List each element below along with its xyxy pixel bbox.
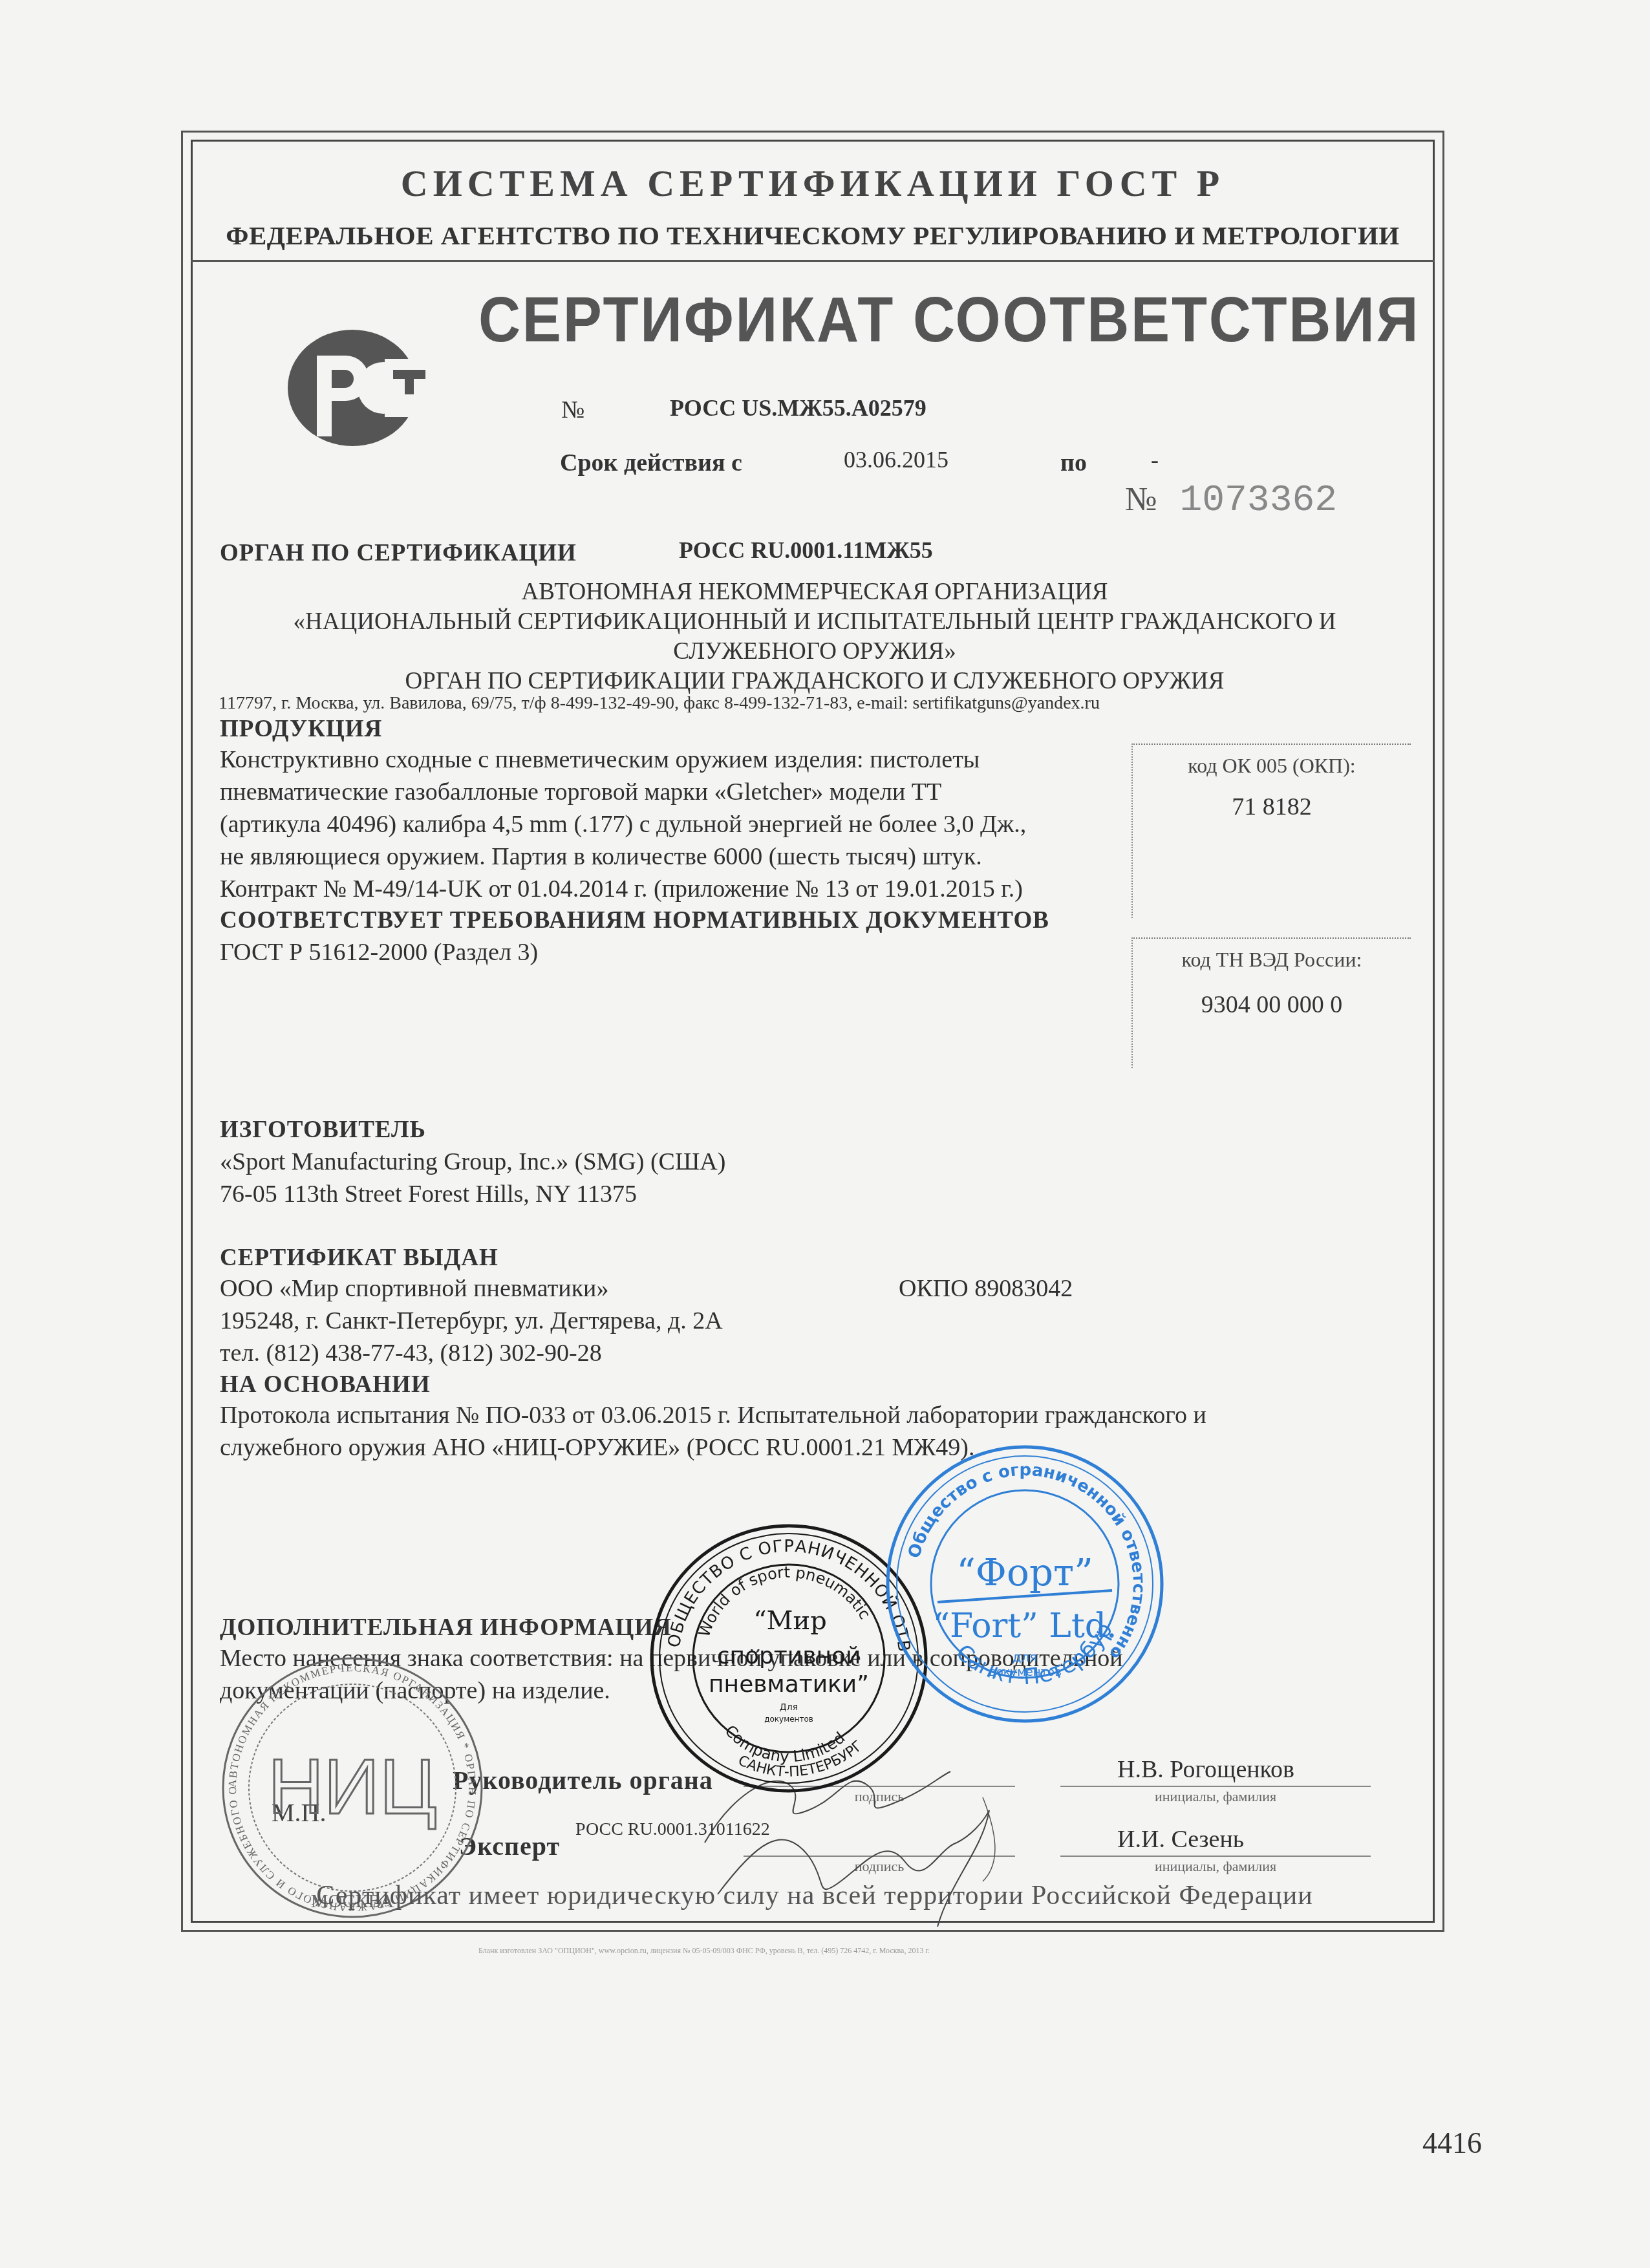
certification-body-line: ОРГАН ПО СЕРТИФИКАЦИИ ГРАЖДАНСКОГО И СЛУ…: [194, 667, 1435, 696]
serial-number-value: 1073362: [1179, 480, 1337, 522]
product-line: Конструктивно сходные с пневметическим о…: [220, 744, 1125, 776]
blank-printer-info: Бланк изготовлен ЗАО "ОПЦИОН", www.opcio…: [478, 1946, 930, 1956]
valid-from-date: 03.06.2015: [844, 446, 948, 473]
manufacturer-line: «Sport Manufacturing Group, Inc.» (SMG) …: [220, 1146, 725, 1178]
okp-code-box: код ОК 005 (ОКП): 71 8182: [1131, 744, 1411, 918]
expert-name-caption: инициалы, фамилия: [1060, 1858, 1371, 1875]
issued-to-name: ООО «Мир спортивной пневматики»: [220, 1272, 723, 1305]
head-name-caption: инициалы, фамилия: [1060, 1788, 1371, 1805]
legal-force-note: Сертификат имеет юридическую силу на все…: [194, 1880, 1435, 1911]
certification-body-line: «НАЦИОНАЛЬНЫЙ СЕРТИФИКАЦИОННЫЙ И ИСПЫТАТ…: [194, 607, 1435, 637]
product-line: пневматические газобаллоные торговой мар…: [220, 776, 1125, 808]
expert-name-line: [1060, 1856, 1371, 1857]
certificate-title: СЕРТИФИКАТ СООТВЕТСТВИЯ: [478, 283, 1420, 356]
black-seal-center-line: спортивной: [717, 1643, 861, 1669]
page-number: 4416: [1422, 2126, 1482, 2160]
product-line: (артикула 40496) калибра 4,5 mm (.177) с…: [220, 808, 1125, 840]
black-seal-center-line: “Мир: [753, 1606, 827, 1636]
product-line: не являющиеся оружием. Партия в количест…: [220, 840, 1125, 873]
issued-to-phone: тел. (812) 438-77-43, (812) 302-90-28: [220, 1337, 723, 1369]
tnved-code-value: 9304 00 000 0: [1133, 990, 1411, 1019]
compliance-standard: ГОСТ Р 51612-2000 (Раздел 3): [220, 936, 538, 968]
issued-to-address: 195248, г. Санкт-Петербург, ул. Дегтярев…: [220, 1305, 723, 1337]
okp-code-label: код ОК 005 (ОКП):: [1133, 754, 1411, 778]
issued-to-label: СЕРТИФИКАТ ВЫДАН: [220, 1244, 498, 1272]
certification-body-code: РОСС RU.0001.11МЖ55: [679, 537, 933, 564]
system-title: СИСТЕМА СЕРТИФИКАЦИИ ГОСТ Р: [191, 162, 1435, 205]
certification-body-label: ОРГАН ПО СЕРТИФИКАЦИИ: [220, 539, 577, 567]
compliance-label: СООТВЕТСТВУЕТ ТРЕБОВАНИЯМ НОРМАТИВНЫХ ДО…: [220, 906, 1049, 934]
blank-serial-number: № 1073362: [1125, 480, 1337, 522]
tnved-code-box: код ТН ВЭД России: 9304 00 000 0: [1131, 937, 1411, 1068]
manufacturer-label: ИЗГОТОВИТЕЛЬ: [220, 1116, 426, 1144]
rst-conformity-mark-icon: [278, 323, 440, 453]
certification-body-block: АВТОНОМНАЯ НЕКОММЕРЧЕСКАЯ ОРГАНИЗАЦИЯ «Н…: [194, 577, 1435, 696]
company-seal-blue: Общество с ограниченной ответственностью…: [876, 1435, 1173, 1733]
valid-to-date: -: [1151, 446, 1159, 473]
basis-label: НА ОСНОВАНИИ: [220, 1371, 431, 1398]
blue-seal-name-ru: “Форт”: [956, 1550, 1093, 1594]
tnved-code-label: код ТН ВЭД России:: [1133, 948, 1411, 972]
certification-body-line: СЛУЖЕБНОГО ОРУЖИЯ»: [194, 637, 1435, 667]
basis-line: Протокола испытания № ПО-033 от 03.06.20…: [220, 1399, 1206, 1431]
certification-body-line: АВТОНОМНАЯ НЕКОММЕРЧЕСКАЯ ОРГАНИЗАЦИЯ: [194, 577, 1435, 607]
issued-to-details: ООО «Мир спортивной пневматики» 195248, …: [220, 1272, 723, 1369]
blue-seal-small-line: для: [1012, 1649, 1038, 1665]
header-divider: [191, 260, 1435, 262]
manufacturer-line: 76-05 113th Street Forest Hills, NY 1137…: [220, 1178, 725, 1210]
product-line: Контракт № М-49/14-UK от 01.04.2014 г. (…: [220, 873, 1125, 905]
okp-code-value: 71 8182: [1133, 793, 1411, 821]
head-name-line: [1060, 1786, 1371, 1787]
valid-to-label: по: [1060, 449, 1087, 477]
additional-info-label: ДОПОЛНИТЕЛЬНАЯ ИНФОРМАЦИЯ: [220, 1614, 672, 1642]
certification-body-address: 117797, г. Москва, ул. Вавилова, 69/75, …: [219, 693, 1100, 714]
black-seal-center-line: пневматики”: [709, 1671, 869, 1698]
nic-stamp-center: НИЦ: [268, 1744, 437, 1830]
head-name: Н.В. Рогощенков: [1117, 1753, 1294, 1786]
serial-number-label: №: [1125, 481, 1157, 518]
expert-name: И.И. Сезень: [1117, 1823, 1244, 1856]
agency-name: ФЕДЕРАЛЬНОЕ АГЕНТСТВО ПО ТЕХНИЧЕСКОМУ РЕ…: [191, 220, 1435, 251]
certificate-number: РОСС US.МЖ55.А02579: [670, 394, 927, 422]
black-seal-small-line: Для: [780, 1702, 798, 1713]
certificate-number-label: №: [561, 396, 584, 424]
product-description: Конструктивно сходные с пневметическим о…: [220, 744, 1125, 905]
issued-to-okpo: ОКПО 89083042: [899, 1272, 1073, 1305]
product-label: ПРОДУКЦИЯ: [220, 715, 382, 743]
manufacturer-details: «Sport Manufacturing Group, Inc.» (SMG) …: [220, 1146, 725, 1210]
validity-label: Срок действия с: [560, 449, 742, 477]
black-seal-small-line: документов: [764, 1715, 813, 1724]
